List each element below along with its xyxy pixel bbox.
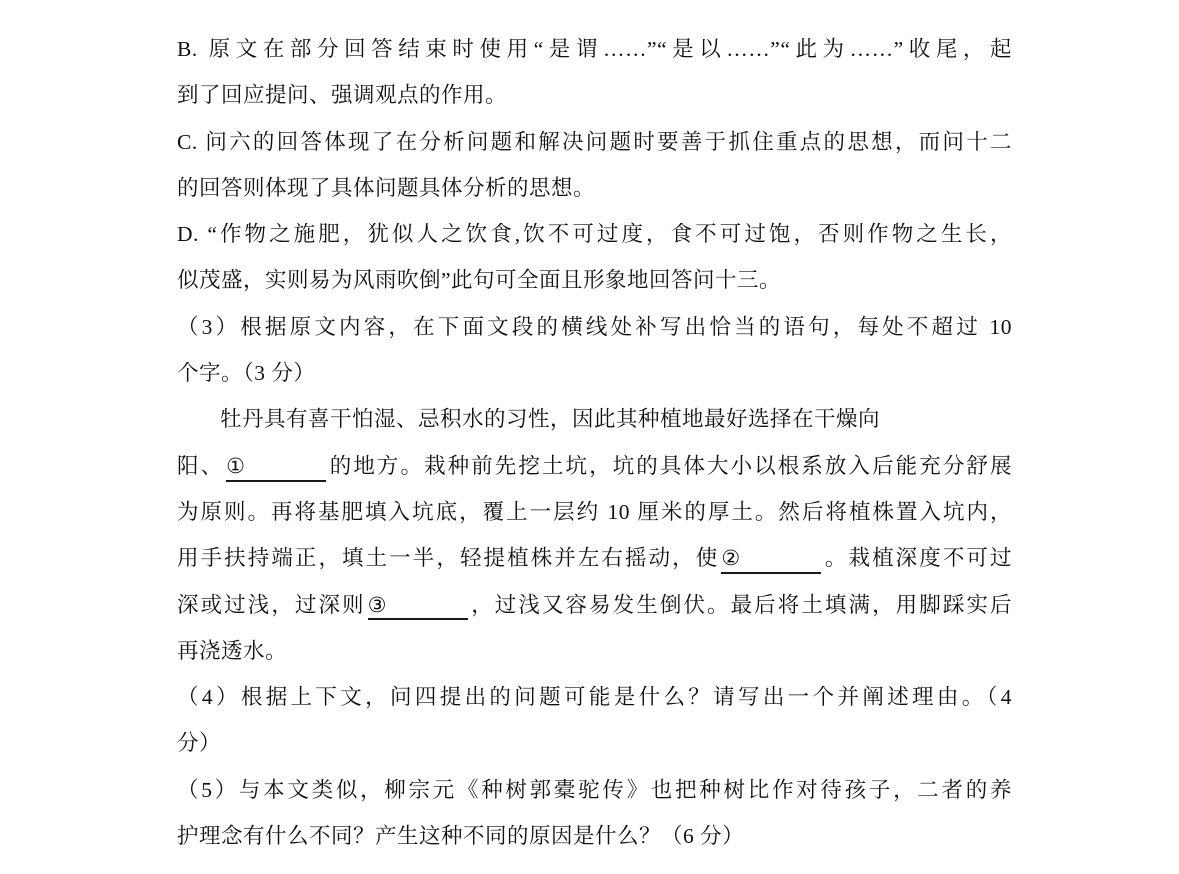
exam-paper-page: B. 原文在部分回答结束时使用“是谓……”“是以……”“此为……”收尾，起 到了… — [0, 0, 1179, 874]
passage-line-5-post: ，过浅又容易发生倒伏。最后将土填满，用脚踩实后 — [470, 593, 1012, 617]
option-b-line-1: B. 原文在部分回答结束时使用“是谓……”“是以……”“此为……”收尾，起 — [177, 26, 1012, 72]
question-5-line-2: 护理念有什么不同？产生这种不同的原因是什么？（6 分） — [177, 813, 1012, 859]
circled-number-1: ① — [226, 454, 245, 478]
passage-line-2-post: 的地方。栽种前先挖土坑，坑的具体大小以根系放入后能充分舒展 — [328, 454, 1012, 478]
passage-line-5-pre: 深或过浅，过深则 — [177, 593, 366, 617]
question-5-line-1: （5）与本文类似，柳宗元《种树郭橐驼传》也把种树比作对待孩子，二者的养 — [177, 767, 1012, 813]
question-4-line-2: 分） — [177, 720, 1012, 766]
passage-line-2-pre: 阳、 — [177, 454, 224, 478]
question-3-line-1: （3）根据原文内容，在下面文段的横线处补写出恰当的语句，每处不超过 10 — [177, 304, 1012, 350]
passage-line-3: 为原则。再将基肥填入坑底，覆上一层约 10 厘米的厚土。然后将植株置入坑内， — [177, 489, 1012, 535]
passage-line-4-post: 。栽植深度不可过 — [823, 546, 1012, 570]
passage-line-5: 深或过浅，过深则③，过浅又容易发生倒伏。最后将土填满，用脚踩实后 — [177, 582, 1012, 628]
passage-line-4-pre: 用手扶持端正，填土一半，轻提植株并左右摇动，使 — [177, 546, 719, 570]
passage-line-4: 用手扶持端正，填土一半，轻提植株并左右摇动，使②。栽植深度不可过 — [177, 535, 1012, 581]
option-b-line-2: 到了回应提问、强调观点的作用。 — [177, 72, 1012, 118]
passage-line-1: 牡丹具有喜干怕湿、忌积水的习性，因此其种植地最好选择在干燥向 — [177, 396, 1012, 442]
fill-in-blank-3: ③ — [368, 592, 468, 621]
fill-in-blank-1: ① — [226, 453, 326, 482]
option-d-line-2: 似茂盛，实则易为风雨吹倒”此句可全面且形象地回答问十三。 — [177, 257, 1012, 303]
passage-line-2: 阳、①的地方。栽种前先挖土坑，坑的具体大小以根系放入后能充分舒展 — [177, 443, 1012, 489]
circled-number-2: ② — [721, 546, 740, 570]
option-d-line-1: D. “作物之施肥，犹似人之饮食,饮不可过度，食不可过饱，否则作物之生长， — [177, 211, 1012, 257]
option-c-line-2: 的回答则体现了具体问题具体分析的思想。 — [177, 165, 1012, 211]
circled-number-3: ③ — [368, 593, 387, 617]
question-3-line-2: 个字。（3 分） — [177, 350, 1012, 396]
option-c-line-1: C. 问六的回答体现了在分析问题和解决问题时要善于抓住重点的思想，而问十二 — [177, 119, 1012, 165]
passage-line-6: 再浇透水。 — [177, 628, 1012, 674]
question-4-line-1: （4）根据上下文，问四提出的问题可能是什么？请写出一个并阐述理由。（4 — [177, 674, 1012, 720]
fill-in-blank-2: ② — [721, 545, 821, 574]
